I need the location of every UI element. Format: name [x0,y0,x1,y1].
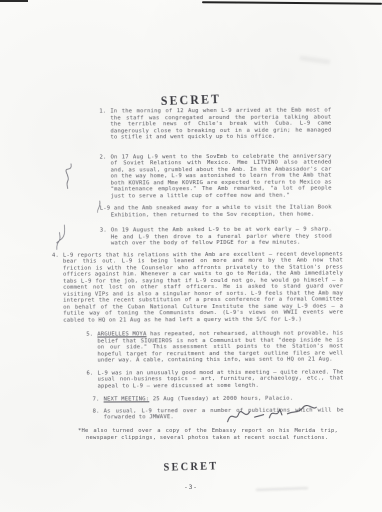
page-number: -3- [184,484,198,491]
paper-smudge [300,56,330,64]
next-meeting-label: NEXT MEETING: [104,396,150,402]
footnote: *He also turned over a copy of the Embas… [78,428,338,441]
paragraph-text: L-9 reports that his relations with the … [63,251,343,323]
paragraph-text: On 17 Aug L-9 went to the SovEmb to cele… [111,153,332,199]
underlined-name: ARGUELLES MOYA [97,331,146,337]
paragraph-text: L-9 was in an unusually good mood at thi… [97,369,343,389]
item-number: 3. [100,227,107,233]
paragraph-1: 1.In the morning of 12 Aug when L-9 arri… [99,107,331,141]
paragraph-3: 3.On 19 August the Amb asked L-9 to be a… [100,226,332,247]
paragraph-text: In the morning of 12 Aug when L-9 arrive… [110,107,331,140]
item-number: 7. [93,397,100,403]
paragraph-text: L-9 and the Amb sneaked away for a while… [100,204,332,217]
item-number: 5. [86,332,93,338]
paragraph-6: 6.L-9 was in an unusually good mood at t… [86,369,343,390]
memo-body: 1.In the morning of 12 Aug when L-9 arri… [99,107,332,421]
item-number: 2. [100,154,107,160]
scan-edge-artifact-left [0,0,28,2]
item-number: 1. [99,108,106,114]
item-number: 8. [93,408,100,414]
paper-smudge [256,487,308,491]
paragraph-2-continued: L-9 and the Amb sneaked away for a while… [100,204,332,218]
paragraph-4: 4.L-9 reports that his relations with th… [52,251,343,324]
paragraph-text: On 19 August the Amb asked L-9 to be at … [111,226,332,246]
paragraph-5: 5.ARGUELLES MOYA has repeated, not rehea… [86,330,343,364]
scan-edge-artifact-right [202,1,382,5]
scanned-memo-page: SECRET 1.In the morning of 12 Aug when L… [0,0,382,512]
classification-stamp-top: SECRET [161,91,222,109]
classification-stamp-bottom: SECRET [163,460,218,473]
margin-scrawl-icon [52,159,88,196]
margin-scrawl-icon [42,218,80,257]
item-number: 6. [86,370,93,376]
paragraph-2: 2.On 17 Aug L-9 went to the SovEmb to ce… [100,153,332,200]
